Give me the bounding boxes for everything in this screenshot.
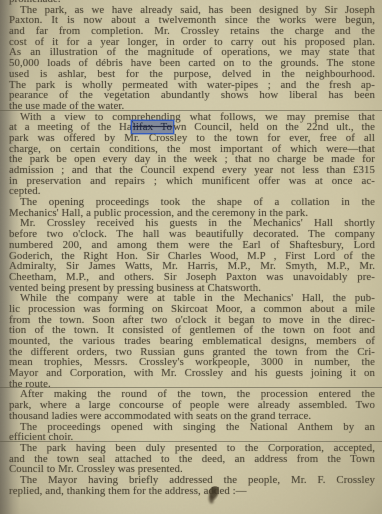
text-line: replied, and, thanking them for the addr… xyxy=(9,486,375,497)
text-line: Mayor and Corporation, with Mr. Crossley… xyxy=(9,368,375,379)
text-line: The park having been duly presented to t… xyxy=(9,443,375,454)
text-line: in preservation and repairs ; which muni… xyxy=(9,176,375,187)
text-line: Cheetham, M.P., and others. Sir Joseph P… xyxy=(9,272,375,283)
text-line: used is ashlar, best for the purpose, de… xyxy=(9,69,375,80)
text-line: numbered 200, and among them were the Ea… xyxy=(9,240,375,251)
newspaper-page: promenade. The park, as we have already … xyxy=(0,0,382,514)
text-line: thousand ladies were accommodated with s… xyxy=(9,411,375,422)
article: promenade. The park, as we have already … xyxy=(0,0,382,496)
